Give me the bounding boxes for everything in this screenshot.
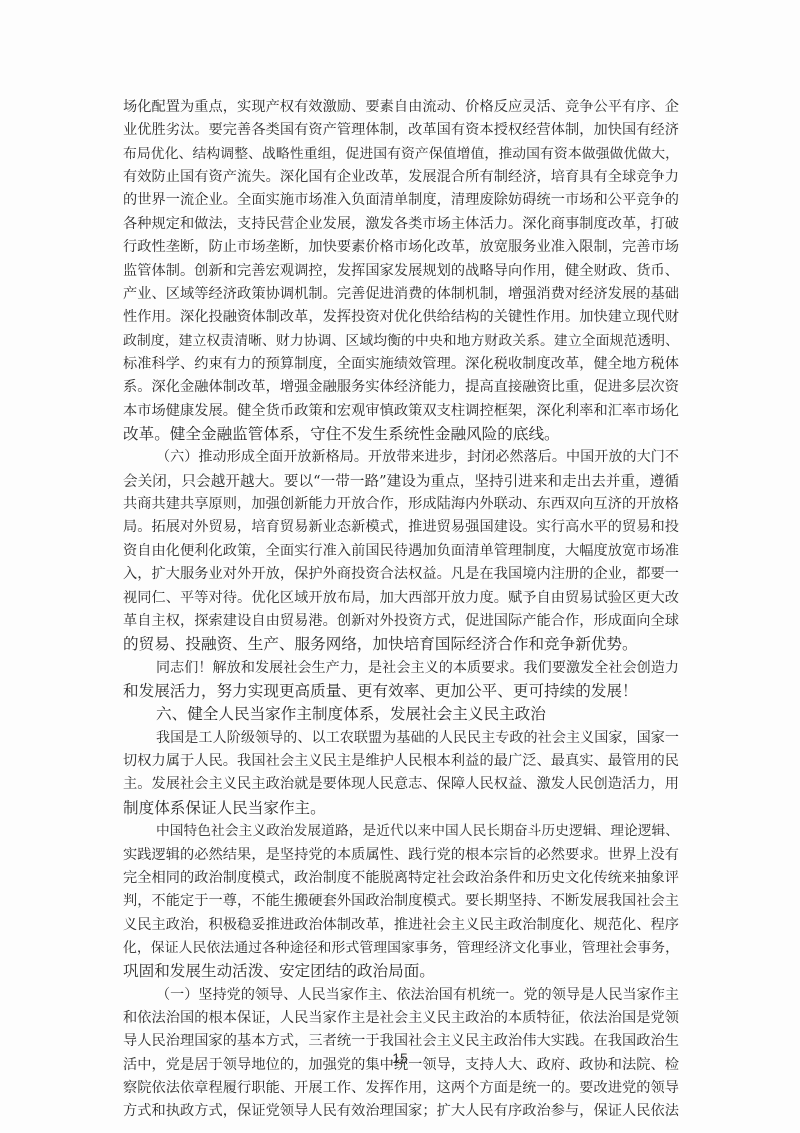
paragraph: 中国特色社会主义政治发展道路，是近代以来中国人民长期奋斗历史逻辑、理论逻辑、实践… (123, 820, 679, 984)
text-line: 资自由化便利化政策，全面实行准入前国民待遇加负面清单管理制度，大幅度放宽市场准 (123, 540, 679, 563)
text-line: 革自主权，探索建设自由贸易港。创新对外投资方式，促进国际产能合作，形成面向全球 (123, 610, 679, 633)
text-line: 完全相同的政治制度模式，政治制度不能脱离特定社会政治条件和历史文化传统来抽象评 (123, 867, 679, 890)
text-line: 主。发展社会主义民主政治就是要体现人民意志、保障人民权益、激发人民创造活力，用 (123, 773, 679, 796)
text-line: 改革。健全金融监管体系，守住不发生系统性金融风险的底线。 (123, 423, 679, 446)
text-line: 业优胜劣汰。要完善各类国有资产管理体制，改革国有资本授权经营体制，加快国有经济 (123, 119, 679, 142)
text-line: （六）推动形成全面开放新格局。开放带来进步，封闭必然落后。中国开放的大门不 (123, 446, 679, 469)
text-line: 和依法治国的根本保证，人民当家作主是社会主义民主政治的本质特征，依法治国是党领 (123, 1007, 679, 1030)
body-text: 场化配置为重点，实现产权有效激励、要素自由流动、价格反应灵活、竞争公平有序、企业… (123, 96, 679, 1124)
text-line: 性作用。深化投融资体制改革，发挥投资对优化供给结构的关键性作用。加快建立现代财 (123, 306, 679, 329)
text-line: 布局优化、结构调整、战略性重组，促进国有资产保值增值，推动国有资本做强做优做大， (123, 143, 679, 166)
text-line: 六、健全人民当家作主制度体系，发展社会主义民主政治 (123, 703, 679, 726)
text-line: 的世界一流企业。全面实施市场准入负面清单制度，清理废除妨碍统一市场和公平竞争的 (123, 189, 679, 212)
text-line: 制度体系保证人民当家作主。 (123, 797, 679, 820)
text-line: 产业、区域等经济政策协调机制。完善促进消费的体制机制，增强消费对经济发展的基础 (123, 283, 679, 306)
text-line: 监管体制。创新和完善宏观调控，发挥国家发展规划的战略导向作用，健全财政、货币、 (123, 260, 679, 283)
text-line: 化，保证人民依法通过各种途径和形式管理国家事务，管理经济文化事业，管理社会事务， (123, 937, 679, 960)
text-line: 察院依法依章程履行职能、开展工作、发挥作用，这两个方面是统一的。要改进党的领导 (123, 1077, 679, 1100)
text-line: 会关闭，只会越开越大。要以“一带一路”建设为重点，坚持引进来和走出去并重，遵循 (123, 470, 679, 493)
text-line: 共商共建共享原则，加强创新能力开放合作，形成陆海内外联动、东西双向互济的开放格 (123, 493, 679, 516)
text-line: 有效防止国有资产流失。深化国有企业改革，发展混合所有制经济，培育具有全球竞争力 (123, 166, 679, 189)
text-line: 政制度，建立权责清晰、财力协调、区域均衡的中央和地方财政关系。建立全面规范透明、 (123, 330, 679, 353)
text-line: 的贸易、投融资、生产、服务网络，加快培育国际经济合作和竞争新优势。 (123, 633, 679, 656)
text-line: （一）坚持党的领导、人民当家作主、依法治国有机统一。党的领导是人民当家作主 (123, 984, 679, 1007)
paragraph: 场化配置为重点，实现产权有效激励、要素自由流动、价格反应灵活、竞争公平有序、企业… (123, 96, 679, 446)
text-line: 入，扩大服务业对外开放，保护外商投资合法权益。凡是在我国境内注册的企业，都要一 (123, 563, 679, 586)
text-line: 同志们！解放和发展社会生产力，是社会主义的本质要求。我们要激发全社会创造力 (123, 657, 679, 680)
text-line: 中国特色社会主义政治发展道路，是近代以来中国人民长期奋斗历史逻辑、理论逻辑、 (123, 820, 679, 843)
text-line: 视同仁、平等对待。优化区域开放布局，加大西部开放力度。赋予自由贸易试验区更大改 (123, 587, 679, 610)
text-line: 行政性垄断，防止市场垄断，加快要素价格市场化改革，放宽服务业准入限制，完善市场 (123, 236, 679, 259)
page-number: 15 (0, 1050, 800, 1066)
text-line: 巩固和发展生动活泼、安定团结的政治局面。 (123, 960, 679, 983)
text-line: 判，不能定于一尊，不能生搬硬套外国政治制度模式。要长期坚持、不断发展我国社会主 (123, 890, 679, 913)
paragraph: 我国是工人阶级领导的、以工农联盟为基础的人民民主专政的社会主义国家，国家一切权力… (123, 727, 679, 820)
text-line: 场化配置为重点，实现产权有效激励、要素自由流动、价格反应灵活、竞争公平有序、企 (123, 96, 679, 119)
text-line: 本市场健康发展。健全货币政策和宏观审慎政策双支柱调控框架，深化利率和汇率市场化 (123, 400, 679, 423)
text-line: 和发展活力，努力实现更高质量、更有效率、更加公平、更可持续的发展！ (123, 680, 679, 703)
text-line: 我国是工人阶级领导的、以工农联盟为基础的人民民主专政的社会主义国家，国家一 (123, 727, 679, 750)
text-line: 实践逻辑的必然结果，是坚持党的本质属性、践行党的根本宗旨的必然要求。世界上没有 (123, 844, 679, 867)
text-line: 切权力属于人民。我国社会主义民主是维护人民根本利益的最广泛、最真实、最管用的民 (123, 750, 679, 773)
paragraph: 同志们！解放和发展社会生产力，是社会主义的本质要求。我们要激发全社会创造力和发展… (123, 657, 679, 704)
text-line: 系。深化金融体制改革，增强金融服务实体经济能力，提高直接融资比重，促进多层次资 (123, 376, 679, 399)
text-line: 各种规定和做法，支持民营企业发展，激发各类市场主体活力。深化商事制度改革，打破 (123, 213, 679, 236)
text-line: 标准科学、约束有力的预算制度，全面实施绩效管理。深化税收制度改革，健全地方税体 (123, 353, 679, 376)
section-heading: 六、健全人民当家作主制度体系，发展社会主义民主政治 (123, 703, 679, 726)
text-line: 义民主政治，积极稳妥推进政治体制改革，推进社会主义民主政治制度化、规范化、程序 (123, 914, 679, 937)
text-line: 方式和执政方式，保证党领导人民有效治理国家；扩大人民有序政治参与，保证人民依法 (123, 1100, 679, 1123)
paragraph: （六）推动形成全面开放新格局。开放带来进步，封闭必然落后。中国开放的大门不会关闭… (123, 446, 679, 656)
document-page: 场化配置为重点，实现产权有效激励、要素自由流动、价格反应灵活、竞争公平有序、企业… (0, 0, 800, 1133)
text-line: 局。拓展对外贸易，培育贸易新业态新模式，推进贸易强国建设。实行高水平的贸易和投 (123, 516, 679, 539)
